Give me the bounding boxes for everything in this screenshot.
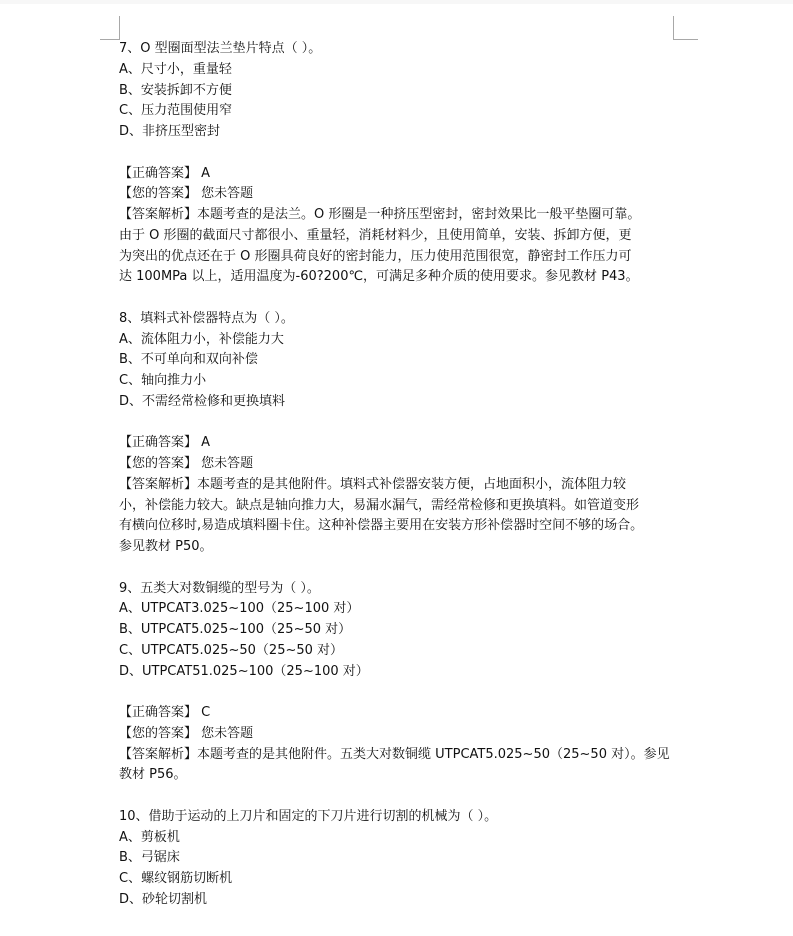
- analysis-text: 本题考查的是法兰。O 形圈是一种挤压型密封，密封效果比一般平垫圈可靠。: [197, 207, 640, 222]
- option-a: A、剪板机: [119, 828, 679, 849]
- option-b: B、不可单向和双向补偿: [119, 350, 679, 371]
- correct-answer: 【正确答案】 A: [119, 433, 679, 454]
- correct-answer-label: 【正确答案】: [119, 705, 197, 720]
- your-answer-label: 【您的答案】: [119, 726, 197, 741]
- document-page: 7、O 型圈面型法兰垫片特点（ ）。 A、尺寸小，重量轻 B、安装拆卸不方便 C…: [119, 39, 679, 911]
- your-answer-value: 您未答题: [201, 186, 253, 201]
- analysis-text: 本题考查的是其他附件。填料式补偿器安装方便，占地面积小，流体阻力较: [197, 477, 626, 492]
- option-d: D、非挤压型密封: [119, 122, 679, 143]
- correct-answer-value: A: [201, 435, 210, 450]
- analysis-text: 本题考查的是其他附件。五类大对数铜缆 UTPCAT5.025~50（25~50 …: [197, 747, 670, 762]
- analysis-line: 【答案解析】本题考查的是其他附件。填料式补偿器安装方便，占地面积小，流体阻力较: [119, 475, 679, 496]
- your-answer: 【您的答案】 您未答题: [119, 184, 679, 205]
- option-a: A、UTPCAT3.025~100（25~100 对）: [119, 599, 679, 620]
- option-d: D、不需经常检修和更换填料: [119, 392, 679, 413]
- analysis-line: 为突出的优点还在于 O 形圈具荷良好的密封能力，压力使用范围很宽，静密封工作压力…: [119, 247, 679, 268]
- option-c: C、UTPCAT5.025~50（25~50 对）: [119, 641, 679, 662]
- question-10: 10、借助于运动的上刀片和固定的下刀片进行切割的机械为（ ）。 A、剪板机 B、…: [119, 807, 679, 911]
- your-answer-label: 【您的答案】: [119, 456, 197, 471]
- your-answer-value: 您未答题: [201, 456, 253, 471]
- top-edge: [0, 0, 793, 4]
- analysis-label: 【答案解析】: [119, 477, 197, 492]
- your-answer: 【您的答案】 您未答题: [119, 724, 679, 745]
- option-b: B、安装拆卸不方便: [119, 81, 679, 102]
- question-stem: 9、五类大对数铜缆的型号为（ ）。: [119, 579, 679, 600]
- option-b: B、UTPCAT5.025~100（25~50 对）: [119, 620, 679, 641]
- correct-answer-label: 【正确答案】: [119, 435, 197, 450]
- analysis-line: 【答案解析】本题考查的是法兰。O 形圈是一种挤压型密封，密封效果比一般平垫圈可靠…: [119, 205, 679, 226]
- analysis-line: 【答案解析】本题考查的是其他附件。五类大对数铜缆 UTPCAT5.025~50（…: [119, 745, 679, 766]
- question-stem: 7、O 型圈面型法兰垫片特点（ ）。: [119, 39, 679, 60]
- analysis-line: 参见教材 P50。: [119, 537, 679, 558]
- page-corner-mark-right: [673, 16, 698, 40]
- analysis-line: 教材 P56。: [119, 765, 679, 786]
- correct-answer-value: C: [201, 705, 210, 720]
- option-c: C、螺纹钢筋切断机: [119, 869, 679, 890]
- question-7: 7、O 型圈面型法兰垫片特点（ ）。 A、尺寸小，重量轻 B、安装拆卸不方便 C…: [119, 39, 679, 309]
- analysis-line: 小，补偿能力较大。缺点是轴向推力大，易漏水漏气，需经常检修和更换填料。如管道变形: [119, 496, 679, 517]
- analysis-label: 【答案解析】: [119, 207, 197, 222]
- option-a: A、尺寸小，重量轻: [119, 60, 679, 81]
- your-answer: 【您的答案】 您未答题: [119, 454, 679, 475]
- option-d: D、UTPCAT51.025~100（25~100 对）: [119, 662, 679, 683]
- page-corner-mark-left: [100, 16, 120, 40]
- correct-answer-label: 【正确答案】: [119, 166, 197, 181]
- correct-answer-value: A: [201, 166, 210, 181]
- your-answer-label: 【您的答案】: [119, 186, 197, 201]
- correct-answer: 【正确答案】 C: [119, 703, 679, 724]
- option-d: D、砂轮切割机: [119, 890, 679, 911]
- analysis-line: 有横向位移时,易造成填料圈卡住。这种补偿器主要用在安装方形补偿器时空间不够的场合…: [119, 516, 679, 537]
- question-9: 9、五类大对数铜缆的型号为（ ）。 A、UTPCAT3.025~100（25~1…: [119, 579, 679, 807]
- analysis-label: 【答案解析】: [119, 747, 197, 762]
- option-c: C、压力范围使用窄: [119, 101, 679, 122]
- question-stem: 8、填料式补偿器特点为（ ）。: [119, 309, 679, 330]
- analysis-line: 达 100MPa 以上，适用温度为-60?200℃，可满足多种介质的使用要求。参…: [119, 267, 679, 288]
- option-b: B、弓锯床: [119, 848, 679, 869]
- your-answer-value: 您未答题: [201, 726, 253, 741]
- correct-answer: 【正确答案】 A: [119, 164, 679, 185]
- question-stem: 10、借助于运动的上刀片和固定的下刀片进行切割的机械为（ ）。: [119, 807, 679, 828]
- question-8: 8、填料式补偿器特点为（ ）。 A、流体阻力小，补偿能力大 B、不可单向和双向补…: [119, 309, 679, 579]
- analysis-line: 由于 O 形圈的截面尺寸都很小、重量轻，消耗材料少，且使用简单，安装、拆卸方便，…: [119, 226, 679, 247]
- option-a: A、流体阻力小，补偿能力大: [119, 330, 679, 351]
- option-c: C、轴向推力小: [119, 371, 679, 392]
